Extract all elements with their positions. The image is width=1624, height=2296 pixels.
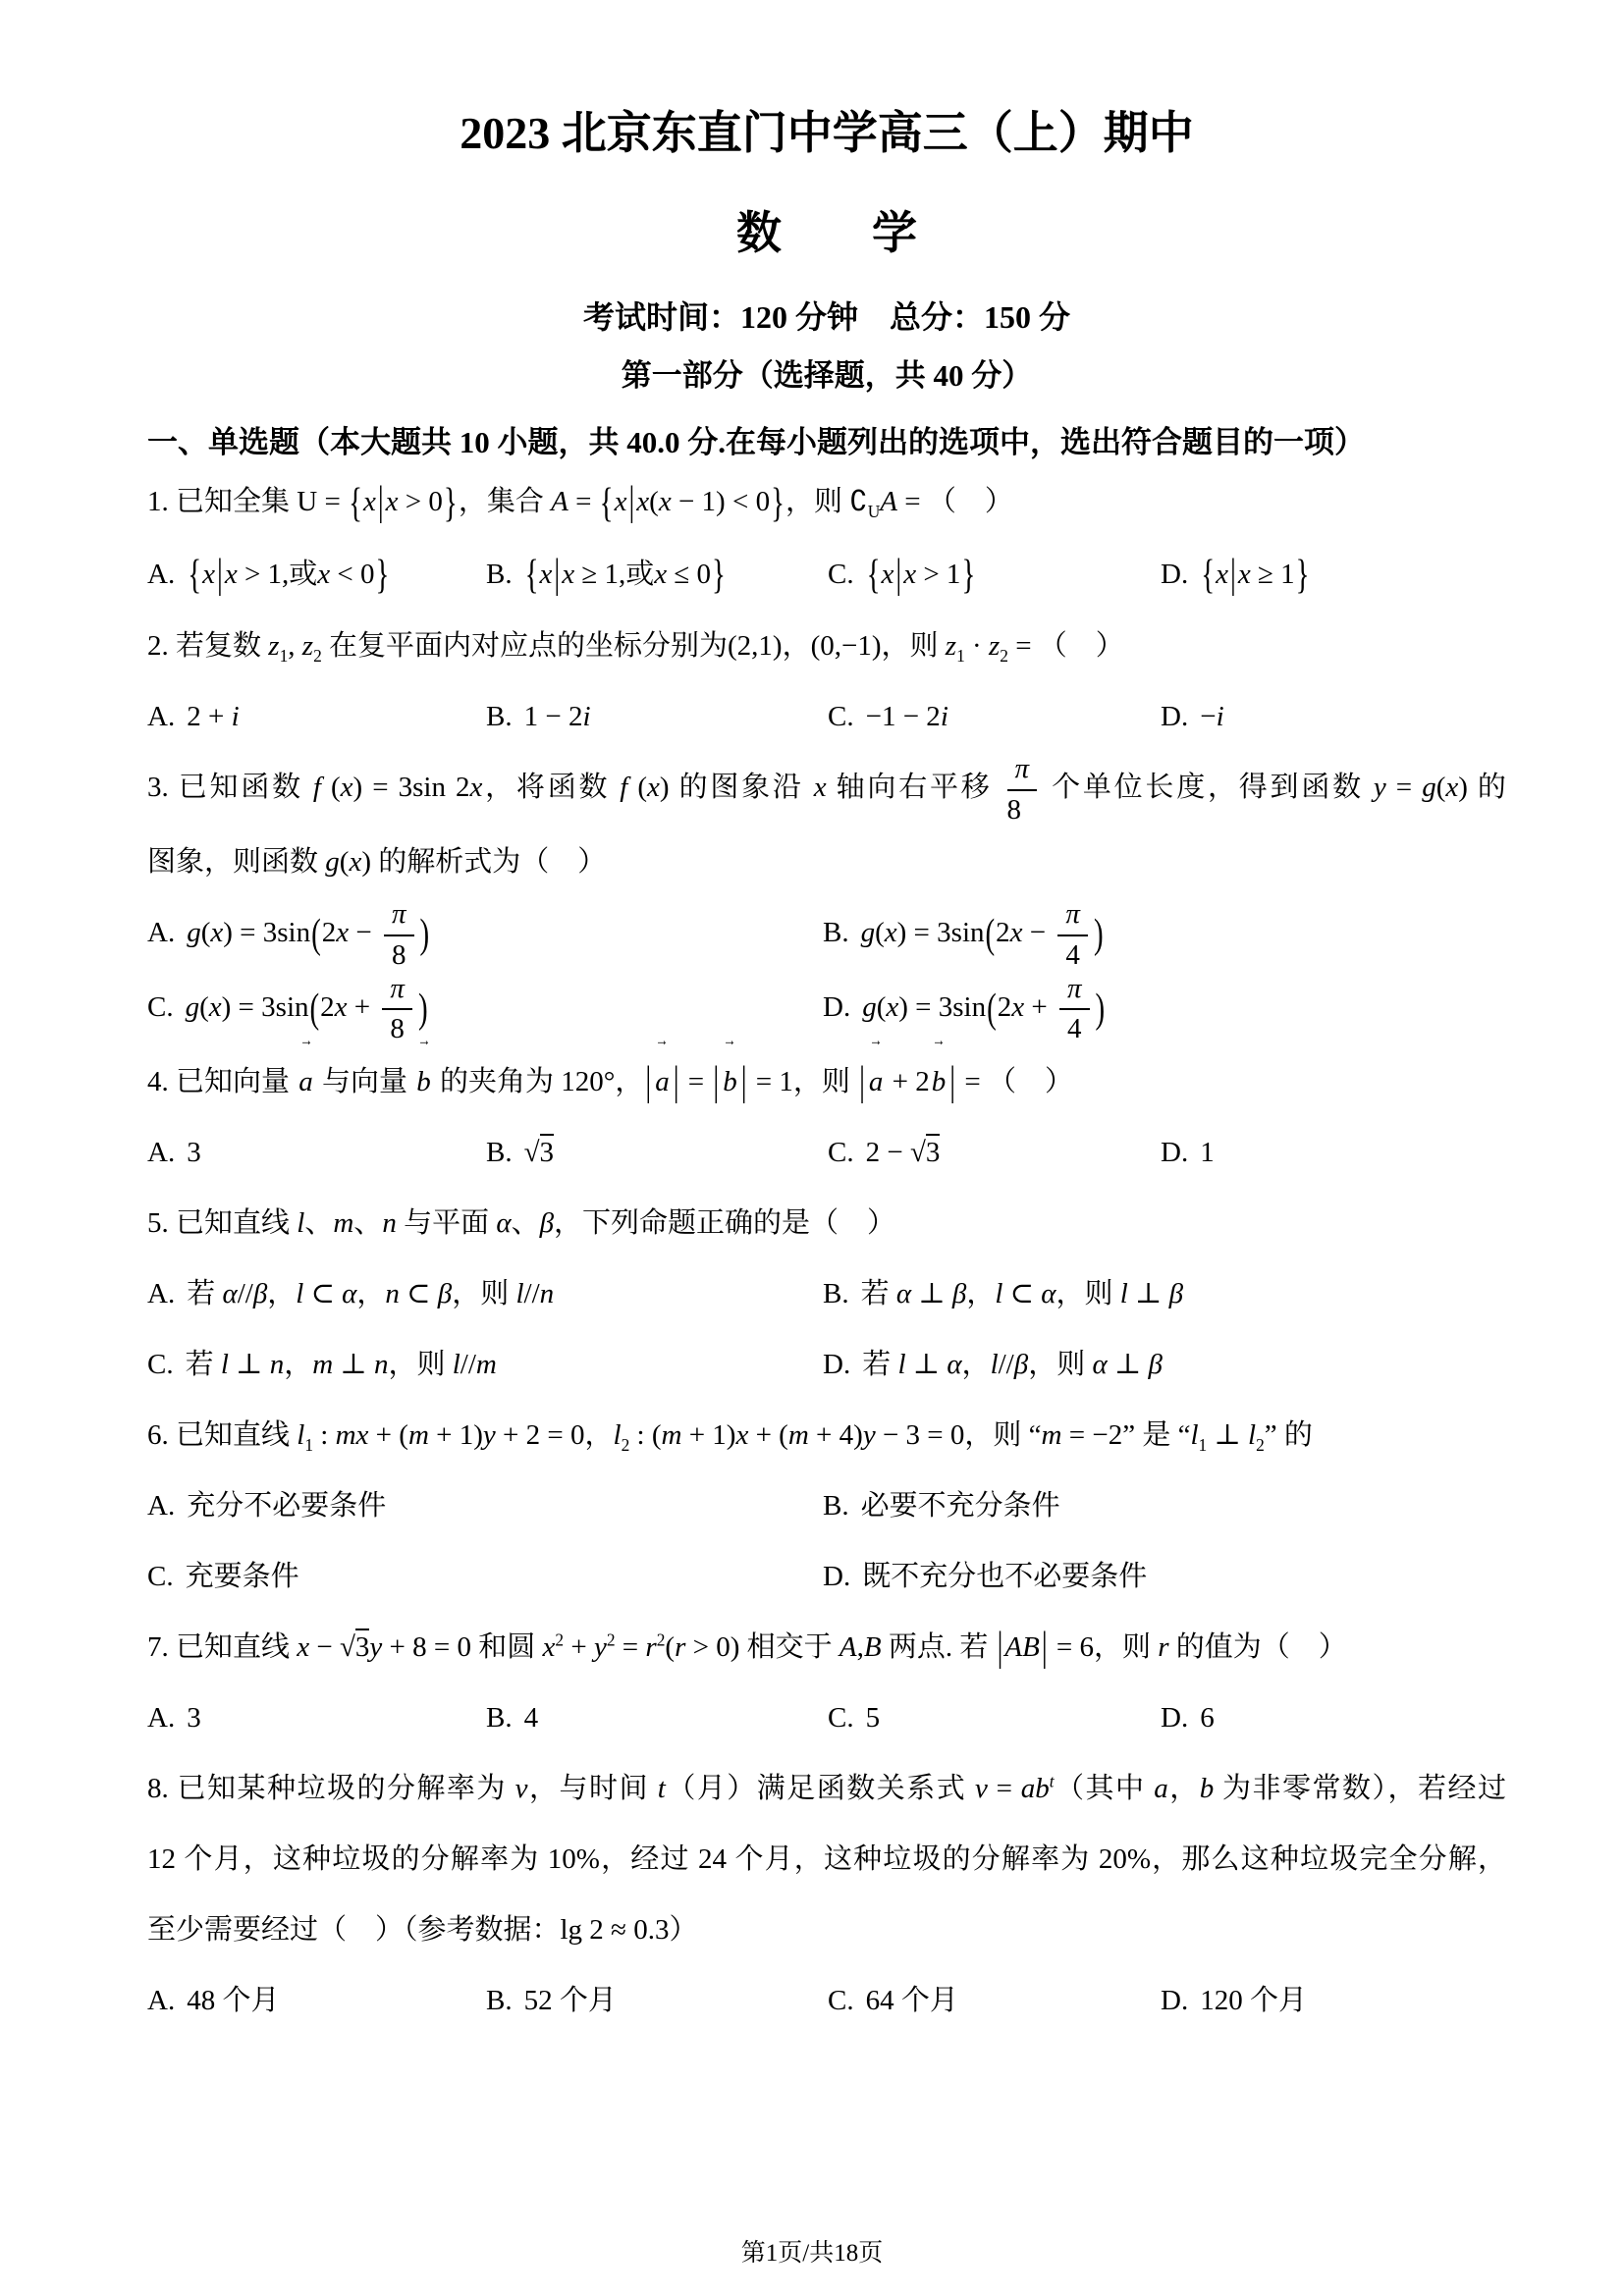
option-content: 2 − 3 (866, 1134, 941, 1168)
option-label: C. (147, 991, 174, 1023)
option-content: 52 个月 (524, 1985, 617, 2016)
question-8-stem-line-2: 12 个月，这种垃圾的分解率为 10%，经过 24 个月，这种垃圾的分解率为 2… (147, 1824, 1506, 1895)
question-8-option-b: B.52 个月 (486, 1965, 828, 2036)
question-5-options-row-1: A.若 α//β，l ⊂ α，n ⊂ β，则 l//n B.若 α ⊥ β，l … (147, 1258, 1506, 1329)
option-label: C. (828, 701, 854, 732)
option-label: B. (823, 1490, 849, 1522)
question-2: 2. 若复数 z1, z2 在复平面内对应点的坐标分别为(2,1)，(0,−1)… (147, 611, 1506, 752)
question-3-stem-line-1: 3. 已知函数 f (x) = 3sin 2x，将函数 f (x) 的图象沿 x… (147, 752, 1506, 827)
option-content: 120 个月 (1200, 1985, 1307, 2016)
question-7-option-c: C.5 (828, 1682, 1161, 1753)
option-label: A. (147, 1490, 175, 1522)
option-content: 4 (524, 1702, 539, 1734)
question-7: 7. 已知直线 x − 3y + 8 = 0 和圆 x2 + y2 = r2(r… (147, 1612, 1506, 1753)
question-5: 5. 已知直线 l、m、n 与平面 α、β，下列命题正确的是（ ） A.若 α/… (147, 1188, 1506, 1400)
question-4-option-b: B.3 (486, 1117, 828, 1188)
question-3-options-row-2: C.g(x) = 3sin(2x + π8) D.g(x) = 3sin(2x … (147, 972, 1506, 1046)
option-label: C. (828, 1137, 854, 1168)
option-label: B. (823, 1278, 849, 1309)
question-2-options: A.2 + i B.1 − 2i C.−1 − 2i D.−i (147, 681, 1506, 752)
option-label: A. (147, 917, 175, 948)
option-content: g(x) = 3sin(2x + π4) (862, 991, 1106, 1023)
question-4-option-a: A.3 (147, 1117, 486, 1188)
option-label: A. (147, 701, 175, 732)
option-label: D. (1161, 1702, 1188, 1734)
option-label: B. (823, 917, 849, 948)
question-8-option-c: C.64 个月 (828, 1965, 1161, 2036)
option-content: 必要不充分条件 (861, 1490, 1060, 1522)
question-4-option-c: C.2 − 3 (828, 1117, 1161, 1188)
option-content: 5 (866, 1702, 881, 1734)
question-4-option-d: D.1 (1161, 1117, 1506, 1188)
question-7-stem: 7. 已知直线 x − 3y + 8 = 0 和圆 x2 + y2 = r2(r… (147, 1612, 1506, 1682)
exam-title: 2023 北京东直门中学高三（上）期中 (147, 103, 1506, 164)
question-6-stem: 6. 已知直线 l1 : mx + (m + 1)y + 2 = 0，l2 : … (147, 1400, 1506, 1470)
option-label: B. (486, 701, 513, 732)
question-4-options: A.3 B.3 C.2 − 3 D.1 (147, 1117, 1506, 1188)
exam-info: 考试时间：120 分钟 总分：150 分 (147, 295, 1506, 339)
question-3-options-row-1: A.g(x) = 3sin(2x − π8) B.g(x) = 3sin(2x … (147, 897, 1506, 972)
question-5-option-b: B.若 α ⊥ β，l ⊂ α，则 l ⊥ β (823, 1258, 1506, 1329)
question-8-options: A.48 个月 B.52 个月 C.64 个月 D.120 个月 (147, 1965, 1506, 2036)
question-8-stem-line-1: 8. 已知某种垃圾的分解率为 v，与时间 t（月）满足函数关系式 v = abt… (147, 1753, 1506, 1824)
question-2-option-b: B.1 − 2i (486, 681, 828, 752)
question-8-stem-line-3: 至少需要经过（ ）（参考数据：lg 2 ≈ 0.3） (147, 1895, 1506, 1965)
option-content: 若 α ⊥ β，l ⊂ α，则 l ⊥ β (861, 1278, 1183, 1309)
option-label: B. (486, 1985, 513, 2016)
question-5-option-d: D.若 l ⊥ α，l//β，则 α ⊥ β (823, 1329, 1506, 1400)
option-label: A. (147, 559, 175, 590)
question-1: 1. 已知全集 U = {x|x > 0}，集合 A = {x|x(x − 1)… (147, 466, 1506, 611)
question-3-option-b: B.g(x) = 3sin(2x − π4) (823, 897, 1506, 972)
question-3-stem-line-2: 图象，则函数 g(x) 的解析式为（ ） (147, 827, 1506, 897)
option-content: 若 l ⊥ α，l//β，则 α ⊥ β (862, 1349, 1163, 1380)
option-label: C. (828, 1702, 854, 1734)
option-content: g(x) = 3sin(2x + π8) (186, 991, 429, 1023)
option-label: D. (1161, 1985, 1188, 2016)
question-7-option-d: D.6 (1161, 1682, 1506, 1753)
question-4-stem: 4. 已知向量 a 与向量 b 的夹角为 120°，|a| = |b| = 1，… (147, 1046, 1506, 1117)
option-content: {x|x ≥ 1,或x ≤ 0} (524, 559, 727, 590)
question-1-option-c: C.{x|x > 1} (828, 539, 1161, 612)
option-label: C. (147, 1349, 174, 1380)
option-content: 1 − 2i (524, 701, 591, 732)
option-label: A. (147, 1278, 175, 1309)
option-label: D. (823, 1349, 850, 1380)
question-5-options-row-2: C.若 l ⊥ n，m ⊥ n，则 l//m D.若 l ⊥ α，l//β，则 … (147, 1329, 1506, 1400)
option-content: 64 个月 (866, 1985, 958, 2016)
question-3-option-d: D.g(x) = 3sin(2x + π4) (823, 972, 1506, 1046)
question-6-options-row-2: C.充要条件 D.既不充分也不必要条件 (147, 1541, 1506, 1612)
question-2-option-c: C.−1 − 2i (828, 681, 1161, 752)
option-content: 48 个月 (187, 1985, 279, 2016)
question-8: 8. 已知某种垃圾的分解率为 v，与时间 t（月）满足函数关系式 v = abt… (147, 1753, 1506, 2036)
option-label: C. (147, 1561, 174, 1592)
question-1-option-d: D.{x|x ≥ 1} (1161, 539, 1506, 612)
option-label: A. (147, 1985, 175, 2016)
question-6-option-c: C.充要条件 (147, 1541, 823, 1612)
question-3-option-a: A.g(x) = 3sin(2x − π8) (147, 897, 823, 972)
option-content: 3 (187, 1137, 201, 1168)
question-8-option-d: D.120 个月 (1161, 1965, 1506, 2036)
option-label: B. (486, 1137, 513, 1168)
option-content: −i (1200, 701, 1223, 732)
option-content: 若 l ⊥ n，m ⊥ n，则 l//m (186, 1349, 497, 1380)
option-content: 既不充分也不必要条件 (862, 1561, 1147, 1592)
option-content: 充要条件 (186, 1561, 299, 1592)
question-1-option-a: A.{x|x > 1,或x < 0} (147, 539, 486, 612)
page-footer: 第1页/共18页 (0, 2233, 1624, 2269)
option-content: {x|x ≥ 1} (1200, 559, 1310, 590)
question-6-option-a: A.充分不必要条件 (147, 1470, 823, 1541)
question-6: 6. 已知直线 l1 : mx + (m + 1)y + 2 = 0，l2 : … (147, 1400, 1506, 1612)
option-label: C. (828, 559, 854, 590)
option-content: 3 (187, 1702, 201, 1734)
option-content: g(x) = 3sin(2x − π8) (187, 917, 430, 948)
option-content: 3 (524, 1134, 554, 1168)
option-label: D. (1161, 1137, 1188, 1168)
question-5-option-a: A.若 α//β，l ⊂ α，n ⊂ β，则 l//n (147, 1258, 823, 1329)
option-content: g(x) = 3sin(2x − π4) (861, 917, 1105, 948)
option-label: A. (147, 1702, 175, 1734)
option-content: −1 − 2i (866, 701, 948, 732)
option-content: {x|x > 1,或x < 0} (187, 559, 390, 590)
option-label: D. (823, 991, 850, 1023)
exam-subject: 数 学 (147, 203, 1506, 264)
question-8-option-a: A.48 个月 (147, 1965, 486, 2036)
part-title: 第一部分（选择题，共 40 分） (147, 354, 1506, 398)
question-5-option-c: C.若 l ⊥ n，m ⊥ n，则 l//m (147, 1329, 823, 1400)
question-7-options: A.3 B.4 C.5 D.6 (147, 1682, 1506, 1753)
question-6-option-d: D.既不充分也不必要条件 (823, 1541, 1506, 1612)
option-content: 6 (1200, 1702, 1215, 1734)
option-label: B. (486, 559, 513, 590)
question-6-options-row-1: A.充分不必要条件 B.必要不充分条件 (147, 1470, 1506, 1541)
option-label: C. (828, 1985, 854, 2016)
option-label: B. (486, 1702, 513, 1734)
option-label: D. (1161, 559, 1188, 590)
option-content: 1 (1200, 1137, 1215, 1168)
option-content: 2 + i (187, 701, 239, 732)
option-content: 充分不必要条件 (187, 1490, 386, 1522)
option-label: D. (823, 1561, 850, 1592)
question-7-option-a: A.3 (147, 1682, 486, 1753)
exam-paper-page: 2023 北京东直门中学高三（上）期中 数 学 考试时间：120 分钟 总分：1… (0, 0, 1624, 2036)
option-content: {x|x > 1} (866, 559, 977, 590)
question-4: 4. 已知向量 a 与向量 b 的夹角为 120°，|a| = |b| = 1，… (147, 1046, 1506, 1188)
option-label: A. (147, 1137, 175, 1168)
option-label: D. (1161, 701, 1188, 732)
question-2-option-a: A.2 + i (147, 681, 486, 752)
question-2-option-d: D.−i (1161, 681, 1506, 752)
option-content: 若 α//β，l ⊂ α，n ⊂ β，则 l//n (187, 1278, 554, 1309)
question-6-option-b: B.必要不充分条件 (823, 1470, 1506, 1541)
question-3-option-c: C.g(x) = 3sin(2x + π8) (147, 972, 823, 1046)
question-3: 3. 已知函数 f (x) = 3sin 2x，将函数 f (x) 的图象沿 x… (147, 752, 1506, 1045)
question-7-option-b: B.4 (486, 1682, 828, 1753)
question-5-stem: 5. 已知直线 l、m、n 与平面 α、β，下列命题正确的是（ ） (147, 1188, 1506, 1258)
